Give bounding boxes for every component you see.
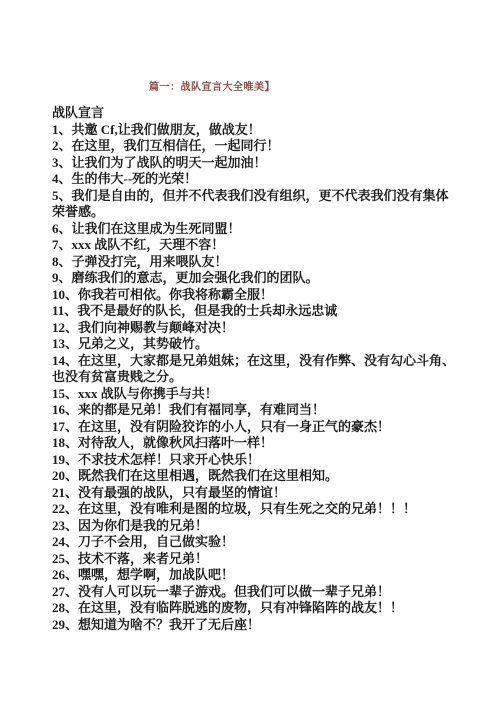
- declaration-item: 7、xxx 战队不红，天理不容！: [52, 237, 458, 254]
- declaration-item: 1、共邀 Cf,让我们做朋友，做战友！: [52, 122, 458, 139]
- declaration-item: 29、想知道为啥不？我开了无后座！: [52, 617, 458, 634]
- declaration-item: 15、xxx 战队与你携手与共！: [52, 386, 458, 403]
- document-header-note: 篇一：战队宣言大全唯美】: [0, 82, 424, 94]
- declaration-list: 1、共邀 Cf,让我们做朋友，做战友！2、在这里，我们互相信任，一起同行！3、让…: [52, 122, 458, 634]
- declaration-item: 4、生的伟大--死的光荣！: [52, 171, 458, 188]
- declaration-item: 21、没有最强的战队，只有最坚的情谊！: [52, 485, 458, 502]
- declaration-item: 27、没有人可以玩一辈子游戏。但我们可以做一辈子兄弟！: [52, 584, 458, 601]
- declaration-item: 9、磨练我们的意志，更加会强化我们的团队。: [52, 270, 458, 287]
- declaration-item: 17、在这里，没有阴险狡诈的小人，只有一身正气的豪杰！: [52, 419, 458, 436]
- declaration-item: 22、在这里，没有唯利是图的垃圾，只有生死之交的兄弟！！！: [52, 501, 458, 518]
- page-title: 战队宣言: [52, 105, 458, 122]
- declaration-item: 25、技术不落，来者兄弟！: [52, 551, 458, 568]
- declaration-item: 5、我们是自由的，但并不代表我们没有组织，更不代表我们没有集体荣誉感。: [52, 188, 458, 221]
- declaration-item: 26、嘿嘿，想学啊，加战队吧！: [52, 567, 458, 584]
- declaration-item: 14、在这里，大家都是兄弟姐妹；在这里，没有作弊、没有勾心斗角、也没有贫富贵贱之…: [52, 353, 458, 386]
- declaration-item: 8、子弹没打完，用来喂队友！: [52, 254, 458, 271]
- declaration-item: 13、兄弟之义，其势破竹。: [52, 336, 458, 353]
- declaration-item: 12、我们向神赐教与颠峰对决！: [52, 320, 458, 337]
- declaration-item: 3、让我们为了战队的明天一起加油！: [52, 155, 458, 172]
- declaration-item: 6、让我们在这里成为生死同盟！: [52, 221, 458, 238]
- declaration-item: 2、在这里，我们互相信任，一起同行！: [52, 138, 458, 155]
- declaration-item: 24、刀子不会用，自己做实验！: [52, 534, 458, 551]
- document-page: 篇一：战队宣言大全唯美】 战队宣言 1、共邀 Cf,让我们做朋友，做战友！2、在…: [0, 0, 500, 707]
- declaration-item: 19、不求技术怎样！只求开心快乐！: [52, 452, 458, 469]
- document-content: 战队宣言 1、共邀 Cf,让我们做朋友，做战友！2、在这里，我们互相信任，一起同…: [0, 105, 500, 633]
- declaration-item: 23、因为你们是我的兄弟！: [52, 518, 458, 535]
- declaration-item: 20、既然我们在这里相遇，既然我们在这里相知。: [52, 468, 458, 485]
- declaration-item: 16、来的都是兄弟！我们有福同享，有难同当！: [52, 402, 458, 419]
- declaration-item: 18、对待敌人，就像秋风扫落叶一样！: [52, 435, 458, 452]
- declaration-item: 28、在这里，没有临阵脱逃的废物，只有冲锋陷阵的战友！！: [52, 600, 458, 617]
- declaration-item: 11、我不是最好的队长，但是我的士兵却永远忠诚: [52, 303, 458, 320]
- declaration-item: 10、你我若可相依。你我将称霸全服！: [52, 287, 458, 304]
